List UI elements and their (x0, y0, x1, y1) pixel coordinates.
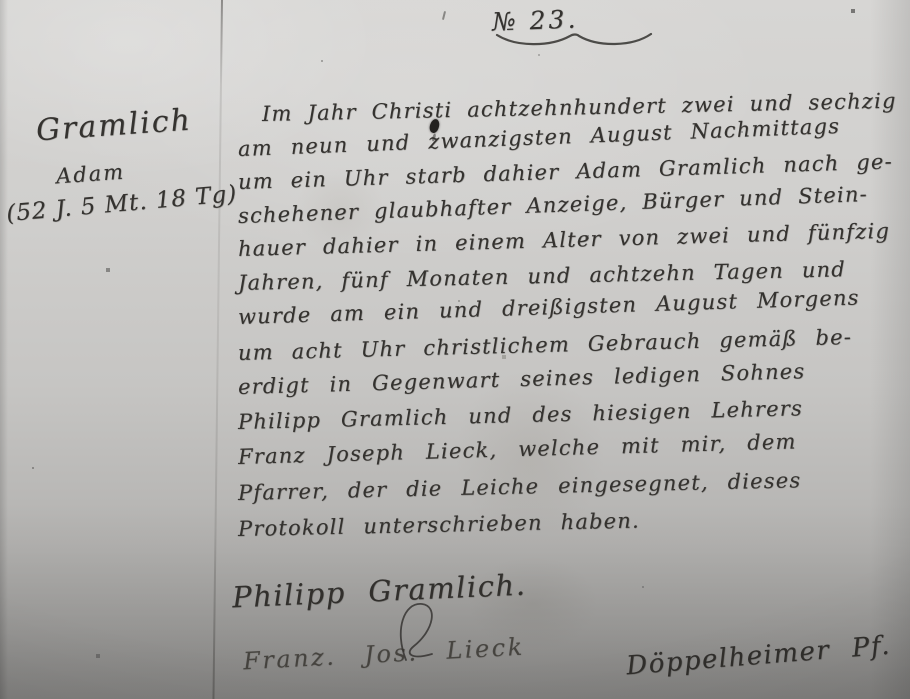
paper-fold-line (212, 0, 223, 699)
body-line-5: hauer dahier in einem Alter von zwei und… (238, 219, 891, 261)
signature-pastor: Döppelheimer Pf. (625, 631, 892, 682)
signature-witness: Franz. Jos. Lieck (242, 633, 525, 676)
body-line-12: Pfarrer, der die Leiche eingesegnet, die… (238, 468, 802, 505)
body-line-11: Franz Joseph Lieck, welche mit mir, dem (238, 429, 797, 469)
body-line-13: Protokoll unterschrieben haben. (238, 509, 640, 541)
scanned-record-page: № 23. Gramlich Adam (52 J. 5 Mt. 18 Tg) … (0, 0, 910, 699)
margin-surname: Gramlich (35, 103, 193, 149)
paper-specks (0, 0, 2, 2)
body-line-10: Philipp Gramlich und des hiesigen Lehrer… (238, 396, 804, 434)
body-line-9: erdigt in Gegenwart seines ledigen Sohne… (238, 359, 806, 399)
margin-given-name: Adam (55, 160, 126, 189)
margin-age-note: (52 J. 5 Mt. 18 Tg) (5, 181, 238, 227)
header-underline-flourish (494, 27, 654, 53)
pen-tick-mark (442, 11, 446, 20)
body-line-8: um acht Uhr christlichem Gebrauch gemäß … (238, 325, 853, 365)
